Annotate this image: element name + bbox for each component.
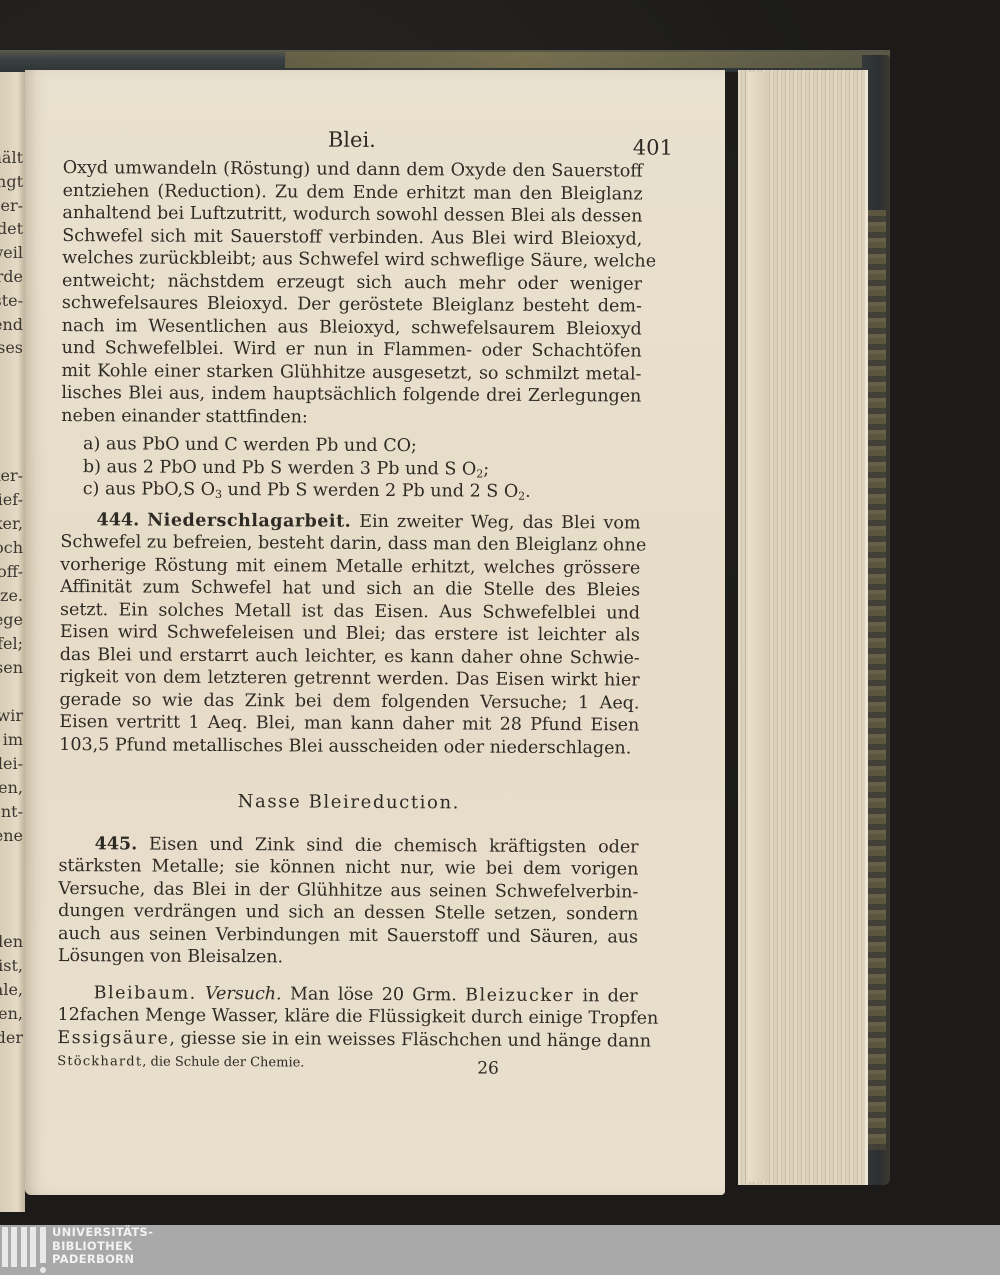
reaction-a: a) aus PbO und C werden Pb und CO; bbox=[83, 433, 641, 459]
left-page-fragment: hält bbox=[0, 148, 23, 167]
reaction-label: b) bbox=[83, 457, 101, 477]
text-line: Eisen vertritt 1 Aeq. Blei, man kann dah… bbox=[59, 711, 639, 737]
page-footer: Stöckhardt, die Schule der Chemie. 26 bbox=[57, 1051, 637, 1081]
punctuation: ; bbox=[483, 459, 489, 479]
left-page-fragment: im bbox=[3, 730, 23, 749]
left-page-fragment: ief- bbox=[0, 490, 23, 509]
reaction-text: aus 2 PbO und Pb S werden 3 Pb und S O bbox=[106, 457, 476, 479]
text-line: Oxyd umwandeln (Röstung) und dann dem Ox… bbox=[63, 157, 643, 183]
text-line: Lösungen von Bleisalzen. bbox=[58, 945, 638, 971]
logo-bar bbox=[2, 1227, 8, 1267]
label-versuch: Versuch. bbox=[205, 983, 282, 1003]
library-footer-band: UNIVERSITÄTS- BIBLIOTHEK PADERBORN bbox=[0, 1225, 1000, 1275]
text-line: 12fachen Menge Wasser, kläre die Flüssig… bbox=[57, 1004, 637, 1030]
section-444: 444. Niederschlagarbeit. Ein zweiter Weg… bbox=[59, 508, 641, 759]
text-line: Essigsäure, giesse sie in ein weisses Fl… bbox=[57, 1026, 637, 1052]
paragraph-roasting: Oxyd umwandeln (Röstung) und dann dem Ox… bbox=[61, 157, 643, 431]
punctuation: . bbox=[525, 482, 531, 502]
left-page-fragment: ndet bbox=[0, 219, 23, 238]
text-fragment: Eisen und Zink sind die chemisch kräftig… bbox=[149, 834, 639, 857]
text-line: Eisen wird Schwefeleisen und Blei; das e… bbox=[60, 621, 640, 647]
left-page-text-fragments: hältengter-ndetweilerdeiste-endesesker-i… bbox=[0, 0, 25, 1200]
text-fragment: Man löse 20 Grm. bbox=[290, 984, 457, 1005]
left-page-fragment: en, bbox=[0, 1004, 23, 1023]
page-number: 401 bbox=[633, 136, 673, 159]
left-page-fragment: end bbox=[0, 315, 23, 334]
section-title: Niederschlagarbeit. bbox=[147, 510, 351, 531]
text-line: lisches Blei aus, indem hauptsächlich fo… bbox=[61, 382, 641, 408]
logo-dot bbox=[40, 1267, 46, 1273]
section-number: 445. bbox=[95, 834, 138, 854]
text-line: stärksten Metalle; sie können nicht nur,… bbox=[58, 855, 638, 881]
reaction-c: c) aus PbO,S O3 und Pb S werden 2 Pb und… bbox=[83, 478, 641, 504]
reaction-text: aus PbO und C werden Pb und CO; bbox=[106, 434, 417, 456]
left-page-fragment: weil bbox=[0, 243, 23, 262]
left-page-fragment: ker- bbox=[0, 466, 23, 485]
left-page-fragment: sen bbox=[0, 658, 23, 677]
left-page-fragment: ale, bbox=[0, 980, 23, 999]
logo-bar bbox=[11, 1227, 17, 1267]
reaction-text: und Pb S werden 2 Pb und 2 S O bbox=[222, 480, 518, 502]
text-line: Schwefel zu befreien, besteht darin, das… bbox=[60, 531, 640, 557]
left-page-fragment: eses bbox=[0, 338, 23, 357]
text-line: Affinität zum Schwefel hat und sich an d… bbox=[60, 576, 640, 602]
left-page-fragment: der bbox=[0, 1028, 23, 1047]
reaction-list: a) aus PbO und C werden Pb und CO; b) au… bbox=[83, 433, 641, 504]
left-page-fragment: ker, bbox=[0, 514, 23, 533]
paragraph-bleibaum: Bleibaum. Versuch. Man löse 20 Grm. Blei… bbox=[57, 981, 637, 1052]
footer-book-title: , die Schule der Chemie. bbox=[142, 1055, 304, 1071]
footer-author: Stöckhardt bbox=[57, 1054, 142, 1070]
left-page-fragment: engt bbox=[0, 172, 23, 191]
book-page: Blei. 401 Oxyd umwandeln (Röstung) und d… bbox=[25, 70, 725, 1195]
logo-bar bbox=[21, 1227, 27, 1267]
left-page-fragment: lze. bbox=[0, 586, 23, 605]
left-page-fragment: ene bbox=[0, 826, 23, 845]
term-bleibaum: Bleibaum. bbox=[94, 983, 197, 1004]
library-name-line: PADERBORN bbox=[52, 1253, 153, 1267]
left-page-fragment: wir bbox=[0, 706, 23, 725]
library-name: UNIVERSITÄTS- BIBLIOTHEK PADERBORN bbox=[52, 1226, 153, 1267]
library-name-line: BIBLIOTHEK bbox=[52, 1240, 153, 1254]
section-number: 444. bbox=[97, 510, 140, 530]
running-title: Blei. bbox=[328, 129, 376, 152]
reaction-text: aus PbO,S O bbox=[105, 479, 215, 500]
left-page-fragment: fel; bbox=[0, 634, 23, 653]
page-content: Blei. 401 Oxyd umwandeln (Röstung) und d… bbox=[57, 125, 643, 1081]
text-line: anhaltend bei Luftzutritt, wodurch sowoh… bbox=[62, 202, 642, 228]
signature-number: 26 bbox=[477, 1058, 499, 1081]
left-page-fragment: ist, bbox=[0, 956, 23, 975]
term-bleizucker: Bleizucker bbox=[465, 985, 574, 1006]
left-page-fragment: ent- bbox=[0, 802, 23, 821]
text-line: dungen verdrängen und sich an dessen Ste… bbox=[58, 900, 638, 926]
book-cover-gilt-edge bbox=[285, 52, 890, 68]
term-essigsaeure: Essigsäure bbox=[57, 1027, 169, 1048]
reaction-label: a) bbox=[83, 434, 100, 454]
left-page-fragment: off- bbox=[0, 562, 23, 581]
subheading-wet-lead-reduction: Nasse Bleireduction. bbox=[59, 790, 639, 816]
text-line: neben einander stattfinden: bbox=[61, 404, 641, 430]
text-line: und Schwefelblei. Wird er nun in Flammen… bbox=[62, 337, 642, 363]
library-name-line: UNIVERSITÄTS- bbox=[52, 1226, 153, 1240]
running-head: Blei. 401 bbox=[63, 125, 643, 161]
text-fragment: , giesse sie in ein weisses Fläschchen u… bbox=[169, 1028, 651, 1051]
text-line: rigkeit von dem letzteren getrennt werde… bbox=[60, 666, 640, 692]
text-fragment: in der bbox=[582, 986, 637, 1006]
text-fragment: Ein zweiter Weg, das Blei vom bbox=[359, 511, 640, 533]
text-line: 103,5 Pfund metallisches Blei ausscheide… bbox=[59, 733, 639, 759]
text-line: welches zurückbleibt; aus Schwefel wird … bbox=[62, 247, 642, 273]
logo-bar bbox=[30, 1227, 36, 1267]
left-page-fragment: len bbox=[0, 932, 23, 951]
logo-bar bbox=[40, 1227, 46, 1263]
section-445: 445. Eisen und Zink sind die chemisch kr… bbox=[58, 832, 639, 971]
left-page-fragment: lei- bbox=[0, 754, 23, 773]
text-line: schwefelsaures Bleioxyd. Der geröstete B… bbox=[62, 292, 642, 318]
left-page-fragment: iste- bbox=[0, 291, 23, 310]
left-page-fragment: erde bbox=[0, 267, 23, 286]
left-page-fragment: er- bbox=[0, 196, 23, 215]
page-stack-inner bbox=[748, 72, 768, 1182]
left-page-fragment: ege bbox=[0, 610, 23, 629]
left-page-fragment: zen, bbox=[0, 778, 23, 797]
reaction-label: c) bbox=[83, 479, 100, 499]
left-page-fragment: och bbox=[0, 538, 23, 557]
